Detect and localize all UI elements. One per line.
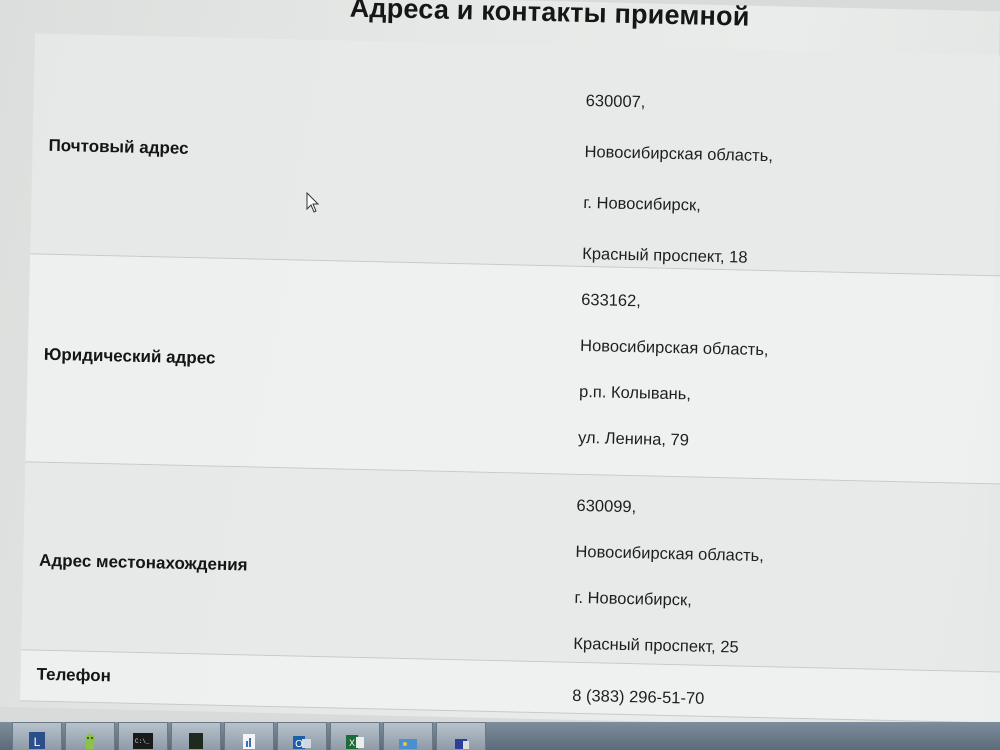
- row-value: 630099, Новосибирская область, г. Новоси…: [573, 495, 766, 683]
- control-panel-icon: [398, 731, 418, 749]
- outlook-icon: O: [292, 731, 312, 749]
- address-line: 630099,: [576, 495, 765, 545]
- app-icon: [186, 731, 206, 749]
- table-row-legal-address: Юридический адрес 633162, Новосибирская …: [25, 254, 1000, 485]
- table-row-location-address: Адрес местонахождения 630099, Новосибирс…: [21, 462, 1000, 673]
- address-line: г. Новосибирск,: [583, 192, 772, 247]
- taskbar-button-lync[interactable]: L: [12, 722, 62, 750]
- row-label: Почтовый адрес: [48, 136, 188, 159]
- svg-text:L: L: [34, 735, 41, 749]
- contacts-table: Почтовый адрес 630007, Новосибирская обл…: [20, 33, 1000, 724]
- taskbar: L C:\_ O X: [0, 722, 1000, 750]
- address-line: Новосибирская область,: [584, 141, 773, 196]
- taskbar-button-android[interactable]: [65, 722, 115, 750]
- taskbar-button-cmd[interactable]: C:\_: [118, 722, 168, 750]
- table-row-postal-address: Почтовый адрес 630007, Новосибирская обл…: [30, 33, 1000, 277]
- excel-icon: X: [345, 731, 365, 749]
- android-icon: [80, 731, 100, 749]
- row-label: Телефон: [36, 665, 111, 687]
- address-line: р.п. Колывань,: [578, 381, 767, 431]
- svg-text:C:\_: C:\_: [135, 738, 150, 745]
- address-line: ул. Ленина, 79: [577, 427, 766, 477]
- address-line: 633162,: [580, 289, 769, 339]
- lync-icon: L: [27, 731, 47, 749]
- address-line: Новосибирская область,: [579, 335, 768, 385]
- page-title: Адреса и контакты приемной: [349, 0, 749, 33]
- browser-page: Адреса и контакты приемной Почтовый адре…: [0, 0, 1000, 729]
- address-line: Новосибирская область,: [575, 541, 764, 591]
- row-label: Юридический адрес: [44, 345, 216, 369]
- svg-text:X: X: [349, 738, 355, 748]
- taskbar-button-control-panel[interactable]: [383, 722, 433, 750]
- address-line: г. Новосибирск,: [574, 587, 763, 637]
- cmd-icon: C:\_: [133, 731, 153, 749]
- chart-doc-icon: [239, 731, 259, 749]
- taskbar-button-folder[interactable]: [436, 722, 486, 750]
- taskbar-button-app[interactable]: [171, 722, 221, 750]
- taskbar-button-excel[interactable]: X: [330, 722, 380, 750]
- taskbar-button-outlook[interactable]: O: [277, 722, 327, 750]
- row-label: Адрес местонахождения: [39, 551, 248, 576]
- row-value: 633162, Новосибирская область, р.п. Колы…: [577, 289, 770, 477]
- folder-icon: [451, 731, 471, 749]
- mouse-cursor-icon: [306, 192, 320, 214]
- address-line: 630007,: [585, 90, 774, 145]
- svg-text:O: O: [295, 739, 303, 749]
- taskbar-button-chart-doc[interactable]: [224, 722, 274, 750]
